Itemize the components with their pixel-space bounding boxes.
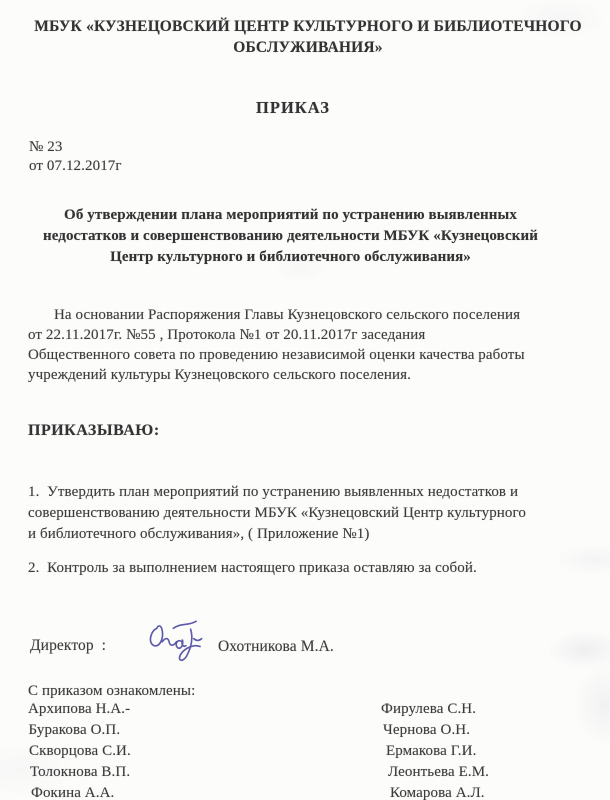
acknowledgement-row: Архипова Н.А.- Фирулева С.Н. xyxy=(28,699,588,720)
ack-name-right: Леонтьева Е.М. xyxy=(388,762,489,782)
ack-name-left: Толокнова В.П. xyxy=(30,762,130,782)
order-subject: Об утверждении плана мероприятий по устр… xyxy=(28,205,553,268)
ack-name-left: Буракова О.П. xyxy=(29,720,121,740)
acknowledgement-list: Архипова Н.А.- Фирулева С.Н. Буракова О.… xyxy=(28,699,588,800)
acknowledgement-row: Фокина А.А. Комарова А.Л. xyxy=(28,783,588,800)
directive-item-1: 1. Утвердить план мероприятий по устране… xyxy=(28,482,530,545)
basis-paragraph: На основании Распоряжения Главы Кузнецов… xyxy=(28,305,528,385)
ack-name-left: Скворцова С.И. xyxy=(29,741,131,761)
director-role-label: Директор : xyxy=(30,636,106,656)
ack-name-right: Фирулева С.Н. xyxy=(381,699,476,719)
acknowledgement-heading: С приказом ознакомлены: xyxy=(28,681,195,701)
order-number: № 23 xyxy=(29,137,62,157)
acknowledgement-row: Толокнова В.П. Леонтьева Е.М. xyxy=(28,762,588,783)
directive-heading: ПРИКАЗЫВАЮ: xyxy=(28,421,160,441)
organization-name: МБУК «КУЗНЕЦОВСКИЙ ЦЕНТР КУЛЬТУРНОГО И Б… xyxy=(34,16,582,58)
document-title: ПРИКАЗ xyxy=(28,98,558,118)
directive-item-2: 2. Контроль за выполнением настоящего пр… xyxy=(28,558,573,579)
ack-name-left: Фокина А.А. xyxy=(31,783,114,800)
order-date: от 07.12.2017г xyxy=(29,156,122,176)
acknowledgement-row: Скворцова С.И. Ермакова Г.И. xyxy=(28,741,588,762)
director-name: Охотникова М.А. xyxy=(218,637,334,657)
ack-name-right: Комарова А.Л. xyxy=(390,783,485,800)
ack-name-right: Ермакова Г.И. xyxy=(386,741,476,761)
ack-name-right: Чернова О.Н. xyxy=(383,720,470,740)
handwritten-signature-icon xyxy=(140,615,216,667)
scanned-order-document: МБУК «КУЗНЕЦОВСКИЙ ЦЕНТР КУЛЬТУРНОГО И Б… xyxy=(0,0,610,800)
ack-name-left: Архипова Н.А.- xyxy=(28,699,130,719)
acknowledgement-row: Буракова О.П. Чернова О.Н. xyxy=(28,720,588,741)
